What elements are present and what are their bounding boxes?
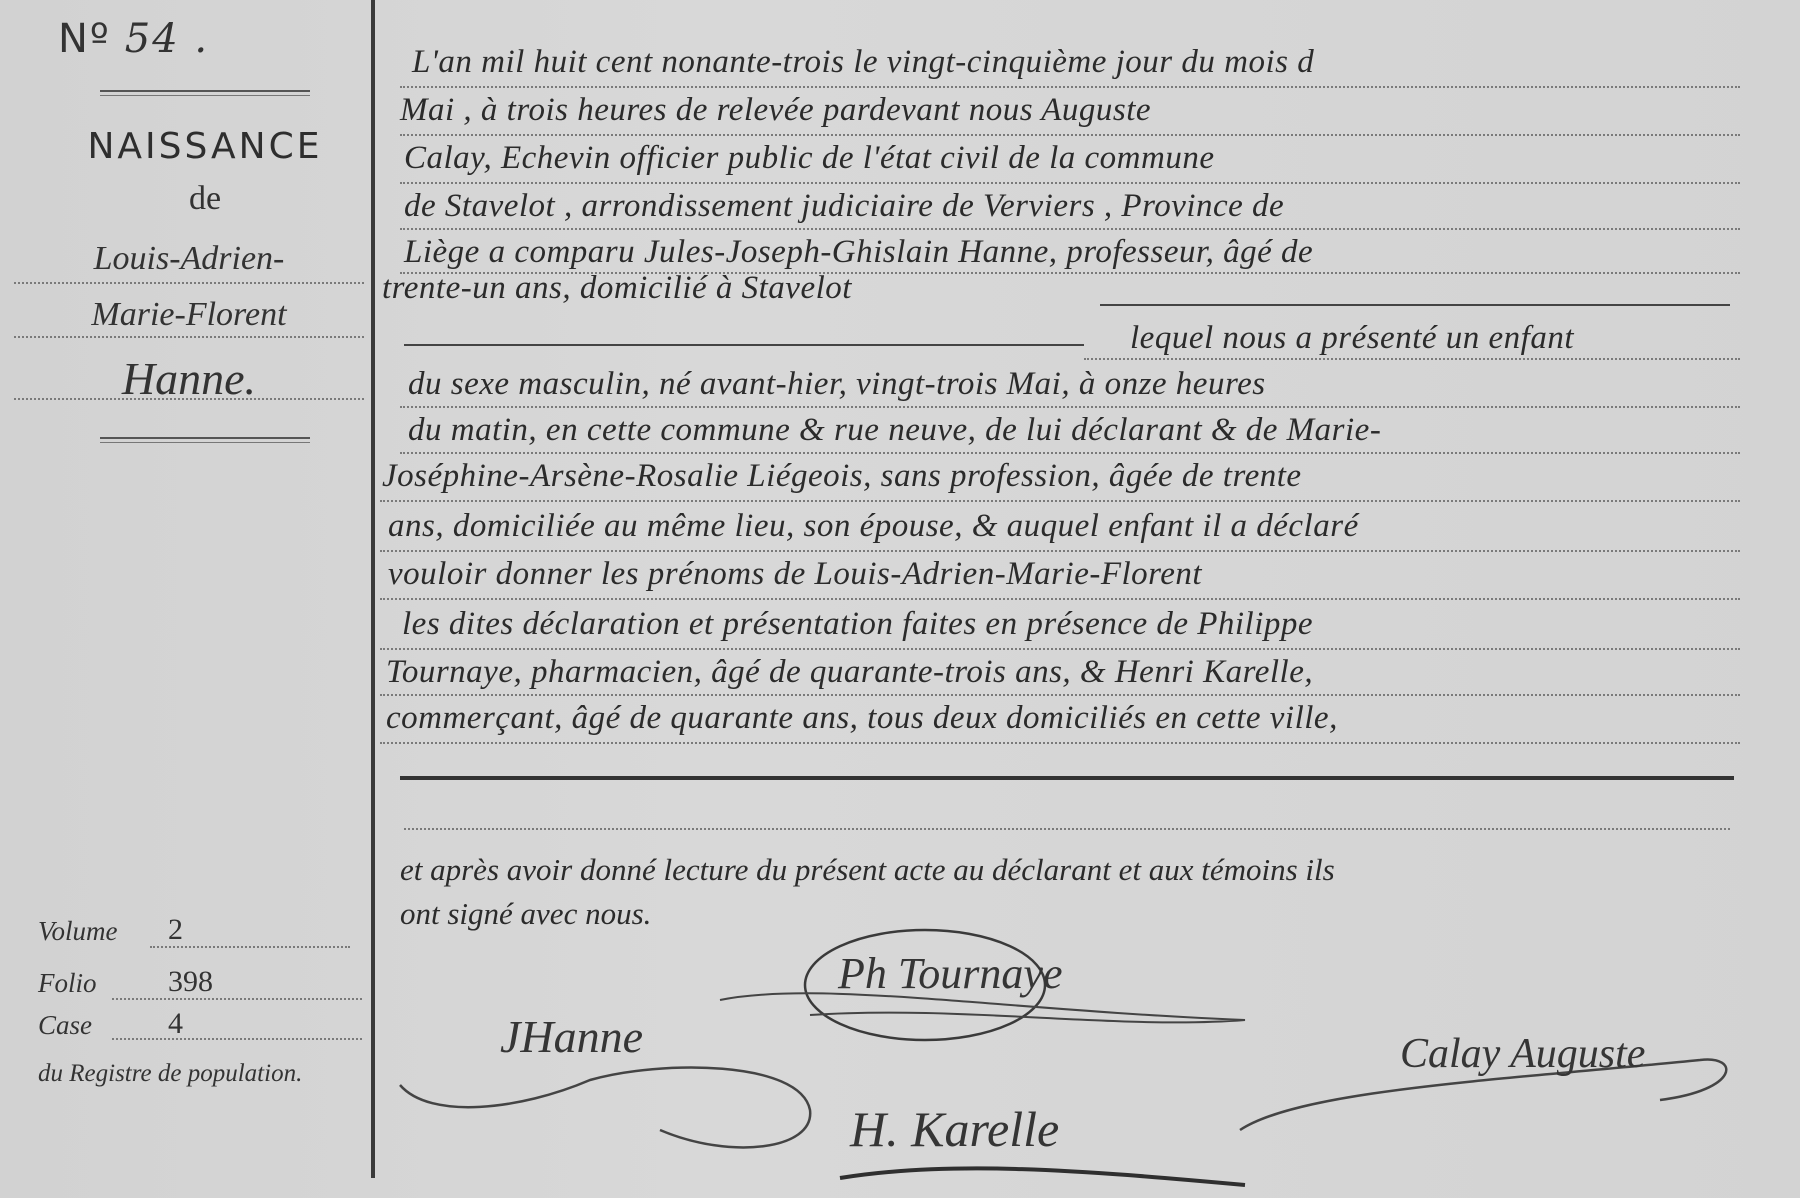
signature-declarant: JHanne	[500, 1010, 643, 1063]
signature-flourishes	[0, 0, 1800, 1198]
signature-witness-2: H. Karelle	[850, 1100, 1059, 1158]
signature-witness-1: Ph Tournaye	[838, 948, 1063, 999]
signature-officer: Calay Auguste	[1400, 1030, 1645, 1078]
document-page: Nº54 . NAISSANCE de Louis-Adrien- Marie-…	[0, 0, 1800, 1198]
